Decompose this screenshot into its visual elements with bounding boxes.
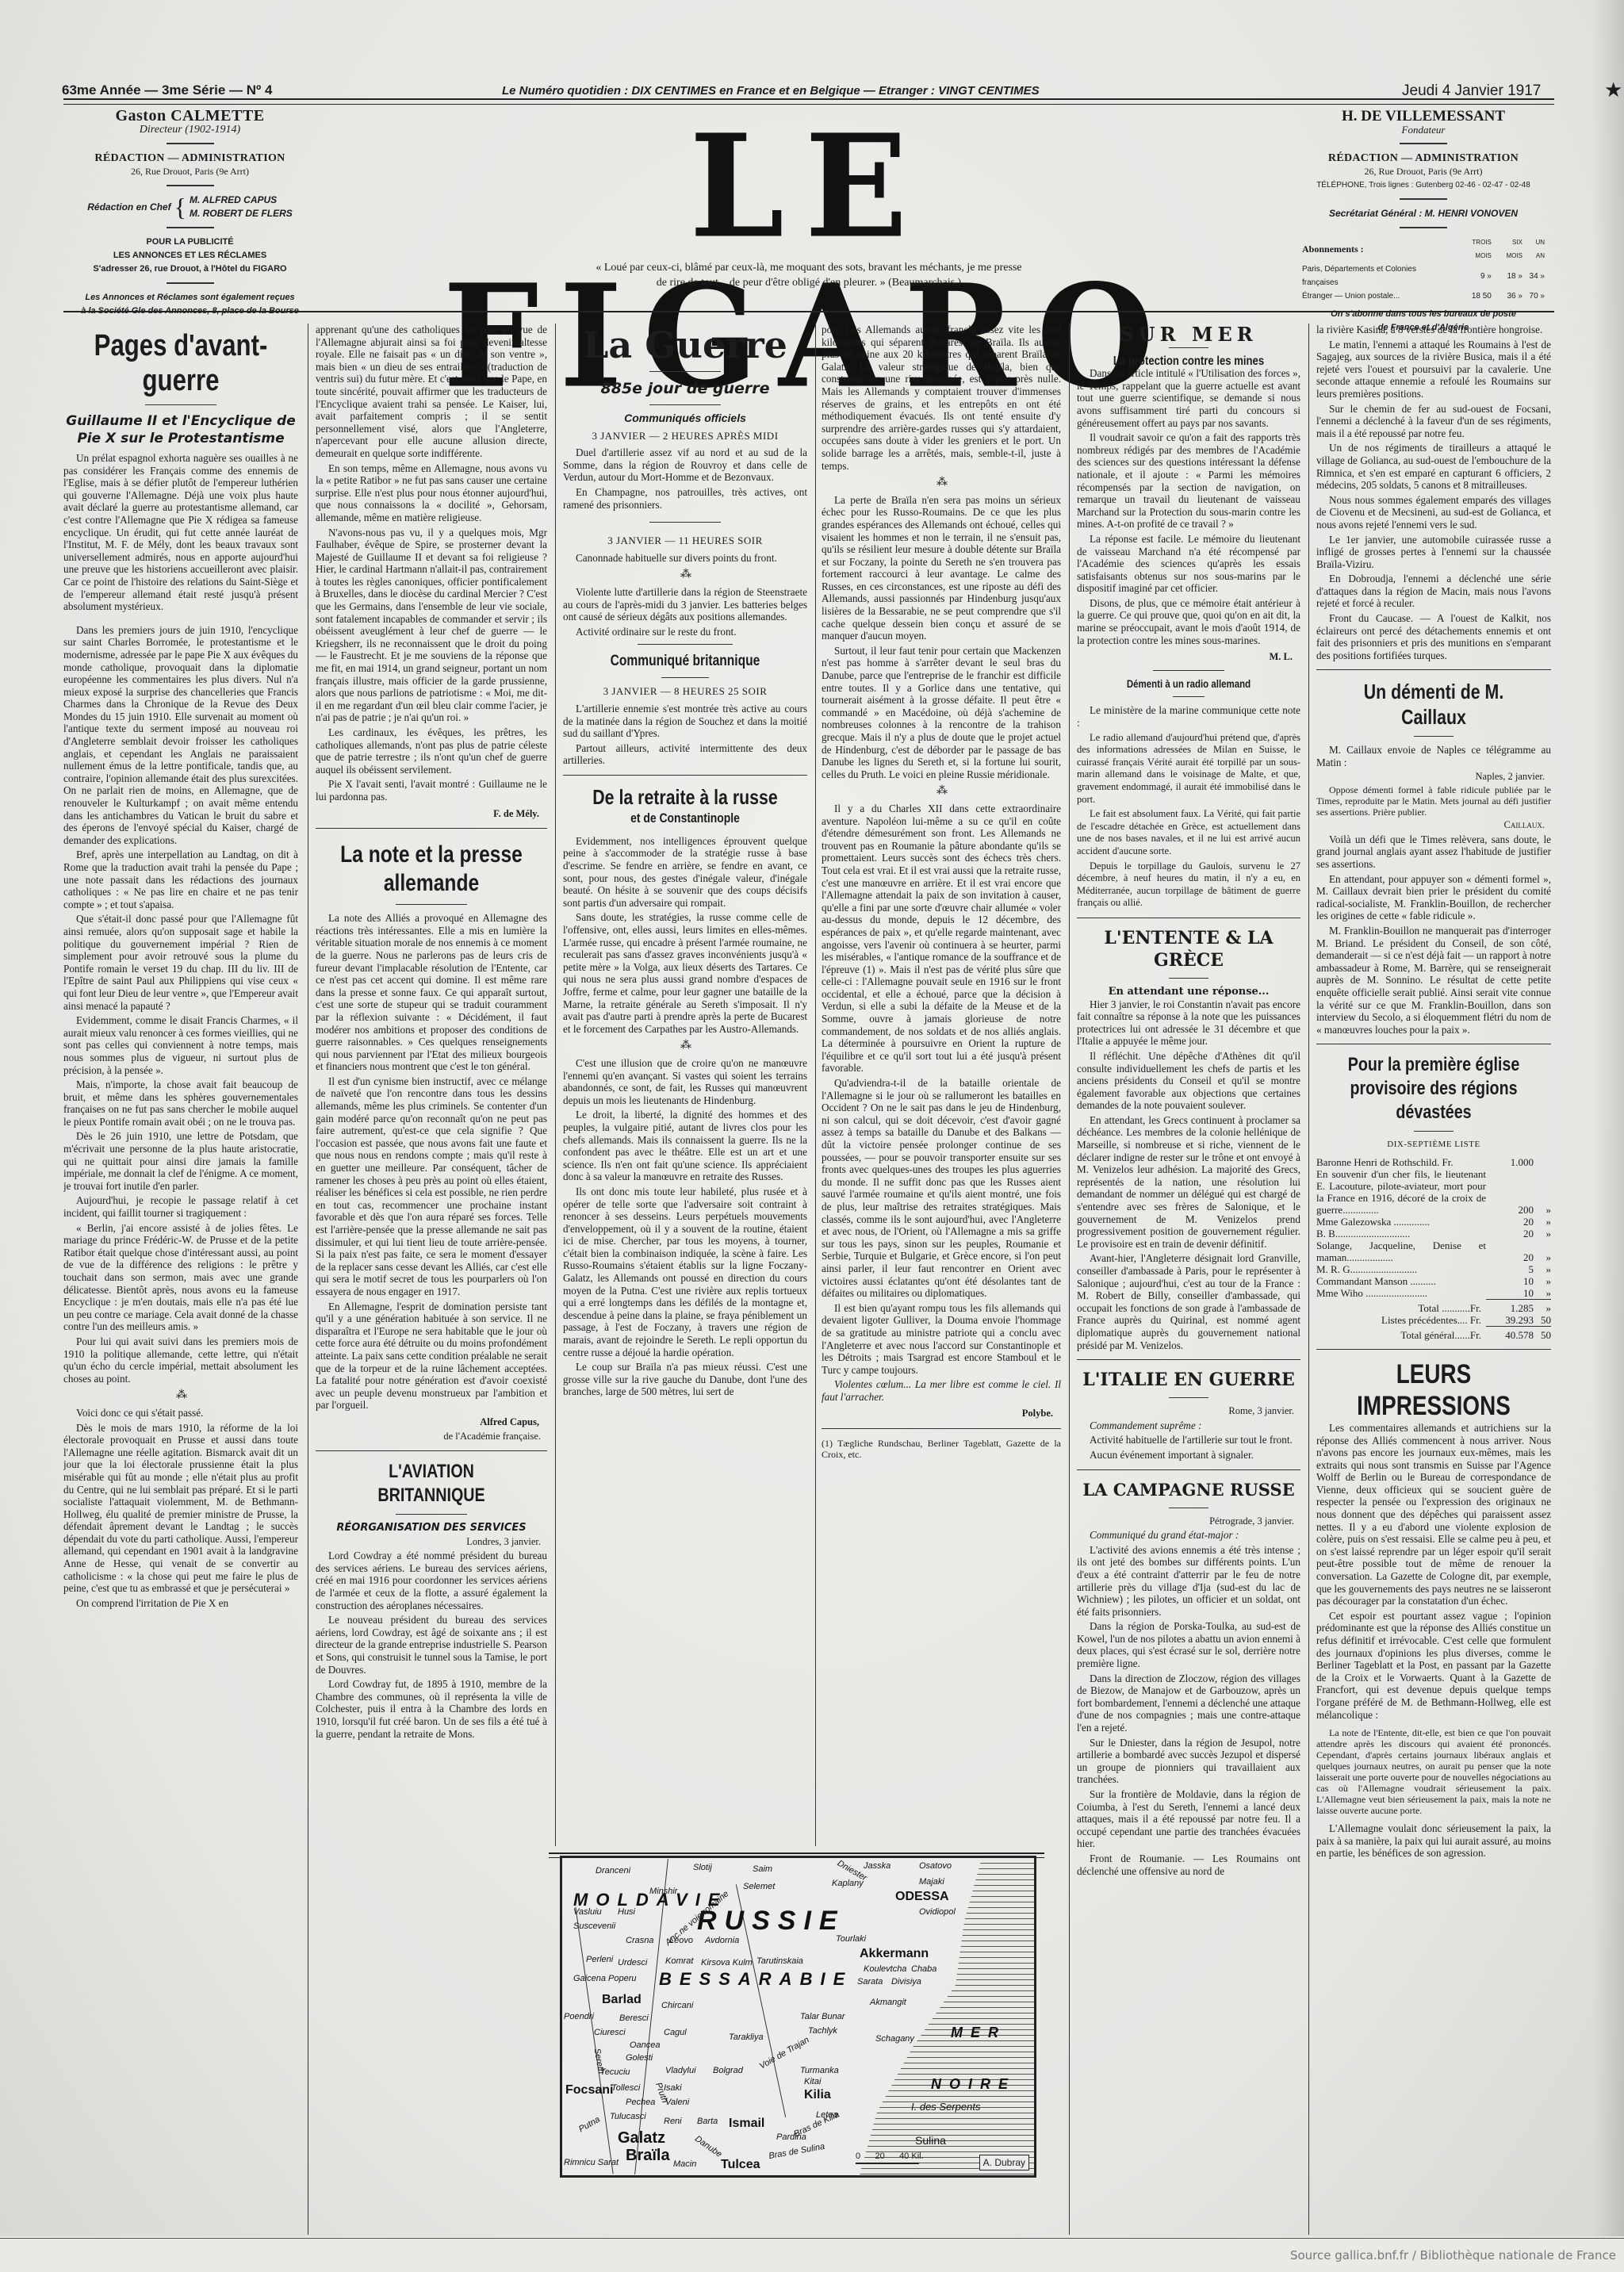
ornament-divider: [167, 227, 214, 229]
paragraph: Qu'adviendra-t-il de la bataille orienta…: [822, 1077, 1061, 1300]
divider: [822, 1428, 1061, 1430]
donation-amount: 10: [1486, 1275, 1534, 1287]
article-headline: Pour la première église provisoire des r…: [1338, 1053, 1530, 1125]
byline: Polybe.: [822, 1408, 1053, 1420]
donor-name: Mme Wiho ........................: [1316, 1287, 1486, 1300]
paragraph: Dans la région de Porska-Toulka, au sud-…: [1077, 1620, 1300, 1669]
subscription-label: Abonnements :: [1300, 236, 1453, 262]
masthead-right-box: H. DE VILLEMESSANT Fondateur RÉDACTION —…: [1300, 109, 1546, 335]
editor-name: M. ALFRED CAPUS: [190, 193, 293, 207]
subscription-table: Abonnements : TROIS MOIS SIX MOIS UN AN …: [1300, 236, 1546, 303]
donation-cents: »: [1534, 1287, 1551, 1300]
column-header: SIX MOIS: [1493, 236, 1524, 262]
issue-number: 63me Année — 3me Série — Nº 4: [62, 82, 272, 98]
map-city: Focsani: [565, 2083, 613, 2098]
donation-row: Baronne Henri de Rothschild. Fr.1.000: [1316, 1156, 1551, 1168]
map-city: Cagul: [664, 2028, 687, 2037]
wavy-divider: [316, 1450, 547, 1452]
donation-list: Baronne Henri de Rothschild. Fr.1.000 En…: [1316, 1156, 1551, 1341]
divider: [1153, 670, 1224, 672]
column-divider: [815, 324, 816, 1846]
ornament-divider: [1169, 1508, 1208, 1509]
map-region-label: NOIRE: [931, 2076, 1016, 2093]
map-city: Komrat: [665, 1956, 693, 1966]
ornament-divider: [1169, 347, 1208, 349]
byline: F. de Mély.: [316, 808, 539, 821]
paragraph: Disons, de plus, que ce mémoire était an…: [1077, 597, 1300, 646]
donation-cents: »: [1534, 1275, 1551, 1287]
paragraph: Pie X l'avait senti, l'avait montré : Gu…: [316, 778, 547, 803]
map-city: Saim: [753, 1864, 772, 1874]
ornament-divider: [1173, 696, 1205, 698]
paragraph: Les commentaires allemands et autrichien…: [1316, 1422, 1551, 1607]
address: 26, Rue Drouot, Paris (9e Arrt): [65, 165, 315, 178]
donor-name: B. B.............................: [1316, 1228, 1486, 1239]
paragraph: Le droit, la liberté, la dignité des hom…: [563, 1109, 807, 1183]
total-row: Listes précédentes.... Fr.39.29350: [1316, 1314, 1551, 1327]
row-label: Étranger — Union postale...: [1300, 289, 1453, 303]
paragraph: Aucun événement important à signaler.: [1077, 1449, 1300, 1462]
map-city: Schagany: [875, 2034, 914, 2044]
byline-affiliation: de l'Académie française.: [322, 1431, 541, 1443]
paragraph: Le ministère de la marine communique cet…: [1077, 704, 1300, 729]
paragraph: Un prélat espagnol exhorta naguère ses o…: [63, 452, 298, 613]
donation-cents: [1534, 1156, 1551, 1168]
divider: [649, 522, 721, 523]
map-river-label: Danube: [693, 2134, 723, 2159]
map-city: Sulina: [915, 2134, 946, 2147]
map-scale: 0 20 40 Kil.: [856, 2151, 924, 2164]
map-city: Talar Bunar: [800, 2012, 845, 2021]
paragraph: Hier 3 janvier, le roi Constantin n'avai…: [1077, 998, 1300, 1048]
paragraph: La perte de Braïla n'en sera pas moins u…: [822, 494, 1061, 642]
paragraph: Il est bien qu'ayant rompu tous les fils…: [822, 1302, 1061, 1377]
ornament-divider: [167, 185, 214, 187]
communique-time: 3 JANVIER — 2 HEURES APRÈS MIDI: [563, 430, 807, 443]
donation-row: Commandant Manson ..........10»: [1316, 1275, 1551, 1287]
paragraph: Evidemment, comme le disait Francis Char…: [63, 1014, 298, 1076]
paragraph: Depuis le torpillage du Gaulois, survenu…: [1077, 860, 1300, 910]
donation-amount: 20: [1486, 1216, 1534, 1228]
map-city: Poperu: [608, 1974, 636, 1983]
total-label: Total ...........Fr.: [1316, 1299, 1486, 1314]
communique-time: 3 JANVIER — 8 HEURES 25 SOIR: [563, 685, 807, 698]
ornament-divider: [1400, 227, 1447, 229]
donation-amount: 20: [1486, 1228, 1534, 1239]
donation-amount: 1.000: [1486, 1156, 1534, 1168]
ornament-divider: [145, 404, 216, 406]
british-communique-heading: Communiqué britannique: [585, 652, 786, 671]
ornament-divider: [1169, 978, 1208, 979]
paragraph: Commandement suprême :: [1077, 1420, 1300, 1432]
secretariat: Secrétariat Général : M. HENRI VONOVEN: [1300, 207, 1546, 220]
ornament-divider: [396, 904, 467, 906]
total-cents: 50: [1534, 1314, 1551, 1327]
map-city: Koulevtcha: [864, 1964, 906, 1974]
map-city: Kitai: [804, 2077, 821, 2086]
map-island: I. des Serpents: [911, 2101, 980, 2113]
paragraph: Que s'était-il donc passé pour que l'All…: [63, 913, 298, 1012]
map-city: Slotij: [693, 1863, 712, 1872]
paragraph: Activité ordinaire sur le reste du front…: [563, 626, 807, 638]
ornament-divider: [1169, 1397, 1208, 1399]
column-header: UN AN: [1524, 236, 1546, 262]
grand-total-row: Total général......Fr.40.57850: [1316, 1326, 1551, 1341]
total-amount: 40.578: [1486, 1326, 1534, 1341]
paragraph: Pour lui qui avait suivi dans les premie…: [63, 1335, 298, 1385]
telegram: Oppose démenti formel à fable ridicule p…: [1316, 784, 1551, 818]
publicity-line: S'adresser 26, rue Drouot, à l'Hôtel du …: [65, 262, 315, 276]
map-city: Kirsova Kulm: [701, 1958, 753, 1967]
publicity-line: LES ANNONCES ET LES RÉCLAMES: [65, 249, 315, 262]
paragraph: Voilà un défi que le Times relèvera, san…: [1316, 833, 1551, 871]
donation-row: M. R. G..........................5»: [1316, 1263, 1551, 1275]
article-subheadline: Démenti à un radio allemand: [1097, 678, 1280, 691]
paragraph: Les cardinaux, les évêques, les prêtres,…: [316, 726, 547, 776]
black-sea-hatching: [860, 1858, 1034, 2175]
column-5: SUR MER La protection contre les mines D…: [1077, 324, 1300, 2227]
price-cell: 36 »: [1493, 289, 1524, 303]
article-headline: LEURS IMPRESSIONS: [1338, 1358, 1530, 1422]
map-city: Divisiya: [891, 1977, 921, 1987]
column-divider: [1308, 324, 1309, 2235]
map-city: Tarakliya: [729, 2033, 764, 2042]
wavy-divider: [1316, 1349, 1551, 1351]
divider: [638, 644, 733, 646]
price-cell: 18 »: [1493, 262, 1524, 289]
table-row: Étranger — Union postale... 18 50 36 » 7…: [1300, 289, 1546, 303]
ads-note: Les Annonces et Réclames sont également …: [65, 291, 315, 305]
paragraph: L'artillerie ennemie s'est montrée très …: [563, 703, 807, 740]
paragraph: Activité habituelle de l'artillerie sur …: [1077, 1434, 1300, 1446]
asterism: ⁂: [822, 477, 1061, 489]
map-city: Rimnicu Sarat: [564, 2158, 619, 2167]
paragraph: Dès le 26 juin 1910, une lettre de Potsd…: [63, 1130, 298, 1192]
map-city: Majaki: [919, 1877, 944, 1887]
paragraph: M. Franklin-Bouillon ne manquerait pas d…: [1316, 925, 1551, 1036]
wavy-divider: [1316, 1044, 1551, 1045]
paragraph: La note des Alliés a provoqué en Allemag…: [316, 912, 547, 1073]
ornament-divider: [167, 282, 214, 285]
communique-time: 3 JANVIER — 11 HEURES SOIR: [563, 534, 807, 547]
donation-row: Solange, Jacqueline, Denise et maman....…: [1316, 1239, 1551, 1263]
donation-amount: 200: [1486, 1168, 1534, 1216]
paragraph: Cet espoir est pourtant assez vague ; l'…: [1316, 1610, 1551, 1721]
total-label: Listes précédentes.... Fr.: [1316, 1314, 1486, 1327]
scale-bar: [856, 2163, 919, 2164]
map-city: Minshir: [649, 1887, 677, 1896]
asterism: ⁂: [822, 785, 1061, 798]
editors-in-chief: Rédaction en Chef { M. ALFRED CAPUS M. R…: [65, 193, 315, 220]
paragraph: Un de nos régiments de tirailleurs a att…: [1316, 442, 1551, 491]
price-cell: 70 »: [1524, 289, 1546, 303]
wavy-divider: [1077, 1359, 1300, 1361]
paragraph: Communiqué du grand état-major :: [1077, 1529, 1300, 1542]
map-city: Sarata: [857, 1977, 883, 1987]
war-day-count: 885e jour de guerre: [563, 379, 807, 398]
section-headline-la-guerre: La Guerre: [563, 325, 807, 365]
row-label: Paris, Départements et Colonies français…: [1300, 262, 1453, 289]
paragraph: apprenant qu'une des catholiques les plu…: [316, 324, 547, 460]
map-city: Pechea: [626, 2098, 655, 2107]
paragraph: Front de Roumanie. — Les Roumains ont dé…: [1077, 1852, 1300, 1877]
paragraph: En Dobroudja, l'ennemi a déclenché une s…: [1316, 573, 1551, 610]
donation-row: En souvenir d'un cher fils, le lieutenan…: [1316, 1168, 1551, 1216]
ornament-divider: [1414, 1131, 1454, 1132]
map-city: Golesti: [626, 2053, 653, 2063]
map-city: Suscevenii: [573, 1921, 615, 1931]
map-credit: A. Dubray: [979, 2155, 1029, 2170]
paragraph: port. Les Allemands auront franchi assez…: [822, 324, 1061, 472]
paragraph: Voici donc ce qui s'était passé.: [63, 1407, 298, 1420]
wavy-divider: [316, 828, 547, 829]
paragraph: La réponse est facile. Le mémoire du lie…: [1077, 533, 1300, 595]
initials: M. L.: [1077, 651, 1293, 664]
donation-cents: »: [1534, 1168, 1551, 1216]
map-city: Kilia: [804, 2088, 831, 2102]
paragraph: Front du Caucase. — A l'ouest de Kalkit,…: [1316, 612, 1551, 661]
map-city: Avdornia: [705, 1936, 739, 1945]
map-river-label: Putna: [577, 2115, 602, 2135]
paragraph: Evidemment, nos intelligences éprouvent …: [563, 835, 807, 910]
ornament-divider: [661, 677, 709, 679]
map-city: Tulucasci: [610, 2112, 646, 2121]
article-headline: De la retraite à la russe: [585, 784, 786, 810]
map-city: Crasna: [626, 1936, 653, 1945]
map-city: Perleni: [586, 1955, 613, 1964]
paragraph: la rivière Kasina, à 8 verstes de la fro…: [1316, 324, 1551, 336]
paragraph: Le 1er janvier, une automobile cuirassée…: [1316, 534, 1551, 571]
paragraph: Lord Cowdray fut, de 1895 à 1910, membre…: [316, 1678, 547, 1740]
paragraph: Surtout, il leur faut tenir pour certain…: [822, 645, 1061, 781]
wavy-divider: [1077, 1469, 1300, 1471]
column-1: Pages d'avant-guerre Guillaume II et l'E…: [63, 324, 298, 2227]
redaction-label: RÉDACTION — ADMINISTRATION: [1300, 151, 1546, 165]
page-bottom-edge: [0, 2238, 1624, 2239]
column-divider: [1069, 324, 1070, 2235]
article-headline: L'ITALIE EN GUERRE: [1077, 1369, 1300, 1391]
map-city: Bolgrad: [713, 2066, 743, 2075]
address: 26, Rue Drouot, Paris (9e Arrt): [1300, 165, 1546, 178]
map-city: Braïla: [626, 2147, 670, 2165]
ornament-divider: [649, 371, 721, 373]
article-headline: L'ENTENTE & LA GRÈCE: [1077, 927, 1300, 971]
map-city: Beresci: [619, 2013, 649, 2023]
communiques-heading: Communiqués officiels: [563, 412, 807, 425]
block-quote: La note de l'Entente, dit-elle, est bien…: [1316, 1727, 1551, 1816]
donation-row: B. B.............................20»: [1316, 1228, 1551, 1239]
paragraph: L'activité des avions ennemis a été très…: [1077, 1544, 1300, 1619]
total-amount: 1.285: [1486, 1299, 1534, 1314]
dateline: Rome, 3 janvier.: [1083, 1405, 1294, 1418]
dateline: Naples, 2 janvier.: [1323, 771, 1545, 784]
donor-name: Mme Galezowska ..............: [1316, 1216, 1486, 1228]
map-city: Osatovo: [919, 1861, 952, 1871]
column-6: la rivière Kasina, à 8 verstes de la fro…: [1316, 324, 1551, 2227]
wavy-divider: [563, 775, 807, 776]
river-sereth: [575, 1907, 613, 2174]
paragraph: En Champagne, nos patrouilles, très acti…: [563, 486, 807, 511]
ornament-divider: [649, 404, 721, 406]
article-headline: L'AVIATION BRITANNIQUE: [336, 1460, 526, 1508]
column-divider: [555, 324, 556, 1846]
donation-cents: »: [1534, 1263, 1551, 1275]
article-subheadline: En attendant une réponse...: [1077, 986, 1300, 998]
paragraph: Le coup sur Braïla n'a pas mieux réussi.…: [563, 1361, 807, 1398]
total-cents: 50: [1534, 1326, 1551, 1341]
map-region-label: RUSSIE: [697, 1906, 845, 1937]
map-city: Barta: [697, 2117, 718, 2126]
paragraph: Sur la frontière de Moldavie, dans la ré…: [1077, 1788, 1300, 1850]
paragraph: En attendant, pour appuyer son « démenti…: [1316, 873, 1551, 922]
map-city: Akmangit: [870, 1998, 906, 2007]
paragraph: Le radio allemand d'aujourd'hui prétend …: [1077, 732, 1300, 807]
paragraph: Aujourd'hui, je recopie le passage relat…: [63, 1194, 298, 1219]
paragraph: Il est d'un cynisme bien instructif, ave…: [316, 1075, 547, 1298]
paragraph: L'Allemagne voulait donc sérieusement la…: [1316, 1822, 1551, 1860]
map-city: Urdesci: [618, 1958, 647, 1967]
scale-tick: 20: [875, 2151, 884, 2161]
paragraph: Avant-hier, l'Angleterre désignait lord …: [1077, 1252, 1300, 1351]
article-headline: Guillaume II et l'Encyclique de Pie X su…: [63, 412, 298, 447]
publicity-line: POUR LA PUBLICITÉ: [65, 236, 315, 249]
paragraph: Violentes cœlum... La mer libre est comm…: [822, 1378, 1061, 1403]
masthead-left-box: Gaston CALMETTE Directeur (1902-1914) RÉ…: [65, 109, 315, 318]
ornament-divider: [1414, 736, 1454, 738]
paragraph: Il voudrait savoir ce qu'on a fait des r…: [1077, 431, 1300, 531]
map-city: Jasska: [864, 1861, 891, 1871]
wavy-divider: [1316, 669, 1551, 671]
dateline: Pétrograde, 3 janvier.: [1083, 1515, 1294, 1528]
telephone: TÉLÉPHONE, Trois lignes : Gutenberg 02-4…: [1300, 178, 1546, 192]
paragraph: Dans un article intitulé « l'Utilisation…: [1077, 367, 1300, 429]
paragraph: « Berlin, j'ai encore assisté à de jolie…: [63, 1222, 298, 1333]
source-attribution: Source gallica.bnf.fr / Bibliothèque nat…: [1290, 2248, 1616, 2262]
paragraph: Sans doute, les stratégies, la russe com…: [563, 911, 807, 1035]
map-city: Chircani: [661, 2001, 693, 2010]
price-cell: 34 »: [1524, 262, 1546, 289]
map-city: Vasluiu: [573, 1907, 602, 1917]
map-region-label: BESSARABIE: [659, 1969, 852, 1990]
paragraph: Canonnade habituelle sur divers points d…: [563, 552, 807, 565]
map-city: Barlad: [602, 1993, 642, 2007]
editors-label: Rédaction en Chef: [87, 201, 170, 214]
list-title: DIX-SEPTIÈME LISTE: [1316, 1139, 1551, 1151]
director-role: Directeur (1902-1914): [65, 123, 315, 136]
price-line: Le Numéro quotidien : DIX CENTIMES en Fr…: [502, 84, 1040, 98]
paragraph: Il y a du Charles XII dans cette extraor…: [822, 803, 1061, 1075]
paragraph: Le matin, l'ennemi a attaqué les Roumain…: [1316, 339, 1551, 400]
motto: « Loué par ceux-ci, blâmé par ceux-là, m…: [555, 260, 1063, 290]
map-russia-romania: MOLDAVIE RUSSIE BESSARABIE MER NOIRE Dra…: [560, 1856, 1036, 2178]
donation-cents: »: [1534, 1239, 1551, 1263]
brace-glyph: {: [174, 195, 186, 219]
paragraph: Partout ailleurs, activité intermittente…: [563, 742, 807, 767]
paragraph: On comprend l'irritation de Pie X en: [63, 1597, 298, 1610]
donation-amount: 20: [1486, 1239, 1534, 1263]
column-3: La Guerre 885e jour de guerre Communiqué…: [563, 324, 807, 1846]
page-edge-shadow: [1592, 0, 1624, 2236]
asterism: ⁂: [563, 569, 807, 581]
wavy-divider: [1077, 918, 1300, 919]
paragraph: En son temps, même en Allemagne, nous av…: [316, 462, 547, 524]
paragraph: M. Caillaux envoie de Naples ce télégram…: [1316, 744, 1551, 768]
founder-name: H. DE VILLEMESSANT: [1300, 109, 1546, 123]
founder-role: Fondateur: [1300, 123, 1546, 136]
map-river-label: Bras de Sulina: [768, 2142, 826, 2161]
issue-date: Jeudi 4 Janvier 1917: [1402, 82, 1541, 100]
column-divider: [308, 324, 308, 2235]
map-city: Isaki: [664, 2083, 682, 2093]
map-river-label: Sereth: [592, 2048, 605, 2075]
donation-row: Mme Galezowska ..............20»: [1316, 1216, 1551, 1228]
paragraph: C'est une illusion que de croire qu'on n…: [563, 1057, 807, 1106]
map-region-label: MER: [951, 2025, 1006, 2041]
paragraph: Le fait est absolument faux. La Vérité, …: [1077, 808, 1300, 857]
article-subheadline: RÉORGANISATION DES SERVICES: [316, 1522, 547, 1534]
map-city: Tachlyk: [808, 2026, 837, 2036]
donation-row: Mme Wiho ........................10»: [1316, 1287, 1551, 1300]
motto-line: de rire de tout... de peur d'être obligé…: [555, 275, 1063, 290]
paragraph: Duel d'artillerie assez vif au nord et a…: [563, 446, 807, 484]
column-4: port. Les Allemands auront franchi assez…: [822, 324, 1061, 1846]
donor-name: Solange, Jacqueline, Denise et maman....…: [1316, 1239, 1486, 1263]
paragraph: Ils ont donc mis toute leur habileté, pl…: [563, 1186, 807, 1358]
total-label: Total général......Fr.: [1316, 1326, 1486, 1341]
masthead-bottom-rule: [63, 311, 1554, 312]
scale-tick: 0: [856, 2151, 860, 2161]
map-city: Galatz: [618, 2129, 665, 2147]
map-city: Ciuresci: [594, 2028, 626, 2037]
paragraph: Nous nous sommes également emparés des v…: [1316, 494, 1551, 531]
ornament-divider: [396, 1514, 467, 1515]
donation-amount: 10: [1486, 1287, 1534, 1300]
paragraph: Sur le Dniester, dans la région de Jesup…: [1077, 1737, 1300, 1786]
section-headline-sur-mer: SUR MER: [1077, 328, 1300, 341]
total-amount: 39.293: [1486, 1314, 1534, 1327]
price-cell: 9 »: [1453, 262, 1492, 289]
column-2: apprenant qu'une des catholiques les plu…: [316, 324, 547, 2227]
paragraph: N'avons-nous pas vu, il y a quelques moi…: [316, 527, 547, 725]
footnote: (1) Tægliche Rundschau, Berliner Tagebla…: [822, 1438, 1061, 1460]
paragraph: Dans la direction de Zloczow, région des…: [1077, 1672, 1300, 1734]
map-city: Tollesci: [611, 2083, 640, 2093]
table-row: Paris, Départements et Colonies français…: [1300, 262, 1546, 289]
byline: Alfred Capus,: [316, 1416, 539, 1429]
map-city: Reni: [664, 2117, 682, 2126]
map-city: Dranceni: [596, 1866, 630, 1875]
map-city: Macin: [673, 2159, 696, 2169]
paragraph: Bref, après une interpellation au Landta…: [63, 849, 298, 910]
telegram-signature: Caillaux.: [1323, 819, 1545, 832]
map-city: Selemet: [743, 1882, 775, 1891]
paragraph: Sur le chemin de fer au sud-ouest de Foc…: [1316, 403, 1551, 440]
total-cents: »: [1534, 1299, 1551, 1314]
paragraph: Lord Cowdray a été nommé président du bu…: [316, 1550, 547, 1611]
map-city: Ismail: [729, 2117, 764, 2131]
paragraph: Il réfléchit. Une dépêche d'Athènes dit …: [1077, 1050, 1300, 1112]
map-city: Poendri: [564, 2012, 594, 2021]
asterism: ⁂: [63, 1389, 298, 1402]
map-city-odessa: ODESSA: [895, 1890, 949, 1904]
article-subheadline: La protection contre les mines: [1097, 355, 1280, 368]
paragraph: Mais, n'importe, la chose avait fait bea…: [63, 1079, 298, 1128]
donor-name: Commandant Manson ..........: [1316, 1275, 1486, 1287]
subscription-note: On s'abonne dans tous les bureaux de pos…: [1300, 308, 1546, 321]
donation-amount: 5: [1486, 1263, 1534, 1275]
paragraph: Dès le mois de mars 1910, la réforme de …: [63, 1422, 298, 1595]
paragraph: En attendant, les Grecs continuent à pro…: [1077, 1114, 1300, 1251]
